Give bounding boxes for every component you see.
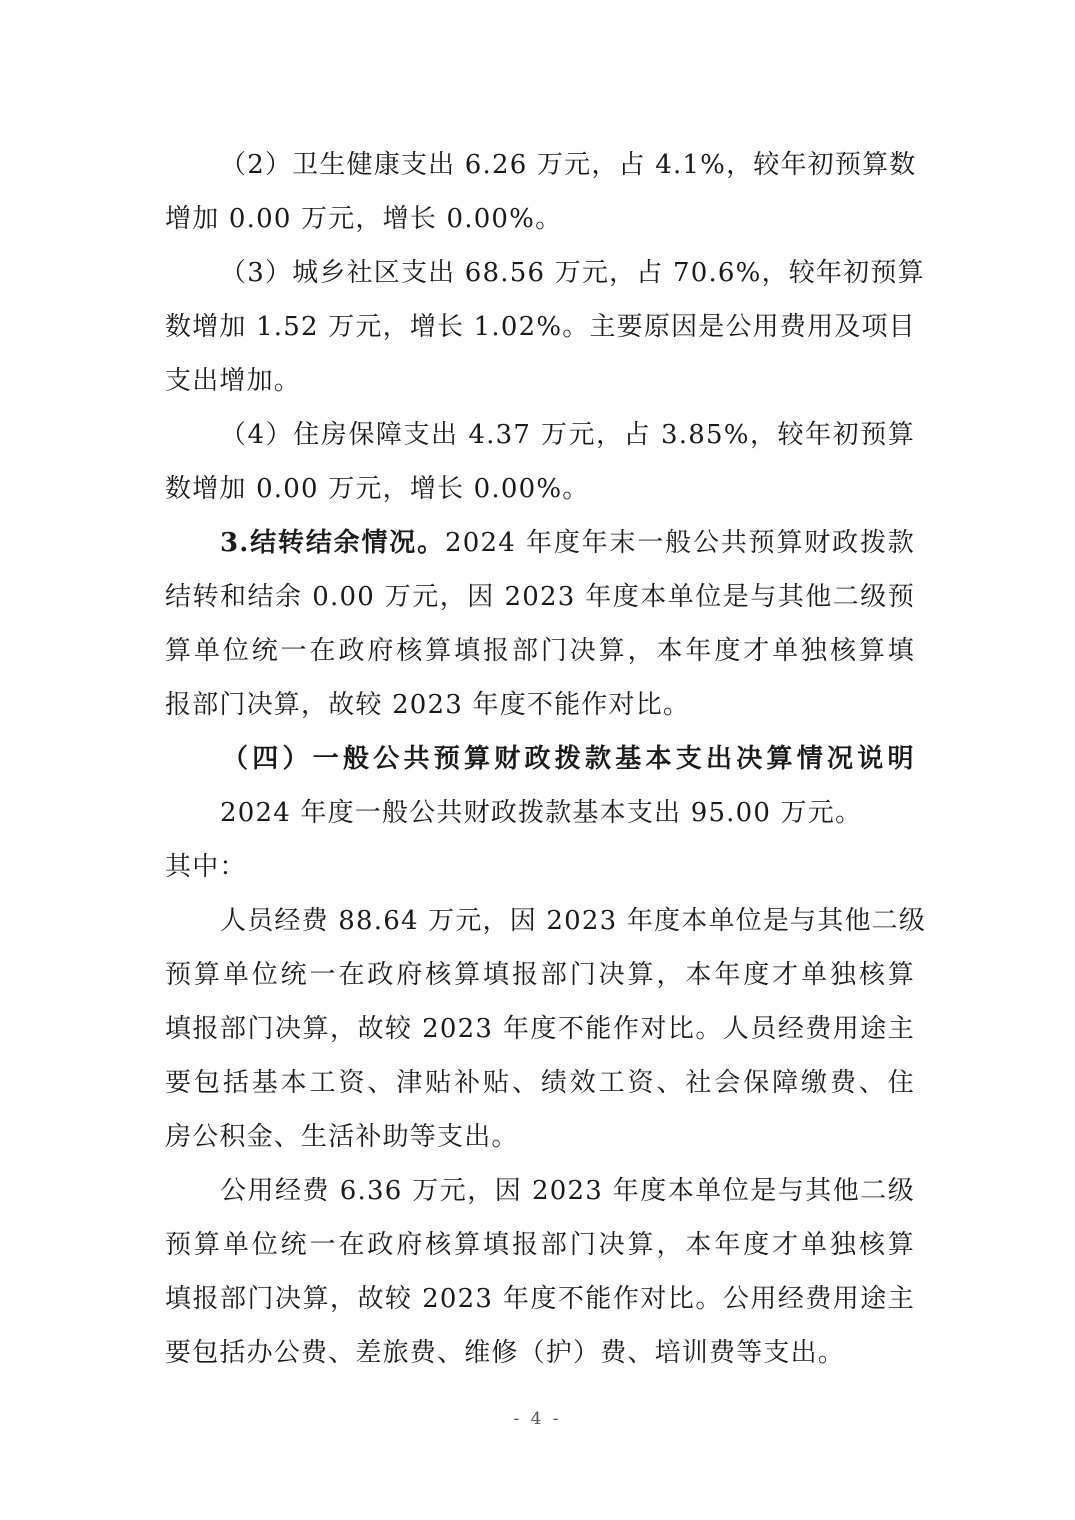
carryover-paragraph-line-4: 报部门决算，故较 2023 年度不能作对比。: [165, 685, 915, 725]
personnel-expense-line-4: 要包括基本工资、津贴补贴、绩效工资、社会保障缴费、住: [165, 1063, 915, 1103]
public-expense-line-3: 填报部门决算，故较 2023 年度不能作对比。公用经费用途主: [165, 1279, 915, 1319]
section-4-heading: （四）一般公共预算财政拨款基本支出决算情况说明: [222, 739, 915, 779]
health-expense-line-2: 增加 0.00 万元，增长 0.00%。: [165, 199, 915, 239]
public-expense-line-1: 公用经费 6.36 万元，因 2023 年度本单位是与其他二级: [220, 1171, 915, 1211]
personnel-expense-line-5: 房公积金、生活补助等支出。: [165, 1117, 915, 1157]
community-expense-line-3: 支出增加。: [165, 361, 915, 401]
carryover-paragraph-line-2: 结转和结余 0.00 万元，因 2023 年度本单位是与其他二级预: [165, 577, 915, 617]
document-page: （2）卫生健康支出 6.26 万元，占 4.1%，较年初预算数 增加 0.00 …: [0, 0, 1075, 1520]
personnel-expense-line-2: 预算单位统一在政府核算填报部门决算，本年度才单独核算: [165, 955, 915, 995]
carryover-paragraph-line-1: 3.结转结余情况。2024 年度年末一般公共预算财政拨款: [220, 523, 915, 563]
carryover-paragraph-line-3: 算单位统一在政府核算填报部门决算，本年度才单独核算填: [165, 631, 915, 671]
carryover-text-start: 2024 年度年末一般公共预算财政拨款: [445, 528, 915, 558]
basic-expense-summary: 2024 年度一般公共财政拨款基本支出 95.00 万元。: [220, 793, 915, 833]
community-expense-line-1: （3）城乡社区支出 68.56 万元，占 70.6%，较年初预算: [220, 253, 915, 293]
housing-expense-line-2: 数增加 0.00 万元，增长 0.00%。: [165, 469, 915, 509]
public-expense-line-4: 要包括办公费、差旅费、维修（护）费、培训费等支出。: [165, 1333, 915, 1373]
among-label: 其中：: [165, 847, 915, 887]
community-expense-line-2: 数增加 1.52 万元，增长 1.02%。主要原因是公用费用及项目: [165, 307, 915, 347]
personnel-expense-line-1: 人员经费 88.64 万元，因 2023 年度本单位是与其他二级: [220, 901, 915, 941]
personnel-expense-line-3: 填报部门决算，故较 2023 年度不能作对比。人员经费用途主: [165, 1009, 915, 1049]
page-number: - 4 -: [0, 1409, 1075, 1429]
public-expense-line-2: 预算单位统一在政府核算填报部门决算，本年度才单独核算: [165, 1225, 915, 1265]
health-expense-line-1: （2）卫生健康支出 6.26 万元，占 4.1%，较年初预算数: [220, 145, 915, 185]
housing-expense-line-1: （4）住房保障支出 4.37 万元，占 3.85%，较年初预算: [220, 415, 915, 455]
carryover-title: 3.结转结余情况。: [220, 528, 445, 558]
